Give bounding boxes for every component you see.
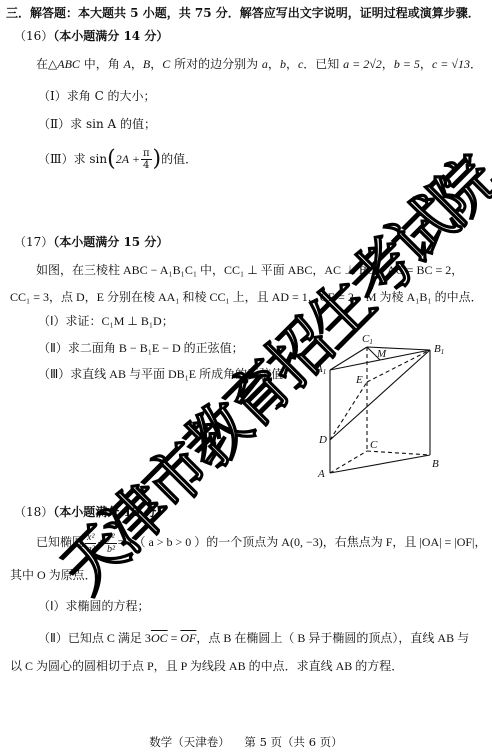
- label-c1: C1: [362, 333, 373, 346]
- problem-16-part-3: （Ⅲ）求 sin(2A +π4)的值．: [38, 146, 197, 173]
- vector-oc: OC: [151, 631, 168, 645]
- problem-18-part-2: （Ⅱ）已知点 C 满足 3OC = OF，点 B 在椭圆上（ B 异于椭圆的顶点…: [38, 630, 469, 646]
- footer-page: 第 5 页（共 6 页）: [244, 735, 342, 749]
- problem-number: （16）: [14, 29, 53, 43]
- fraction-y: y²b²: [105, 532, 116, 555]
- problem-score: （本小题满分 15 分）: [53, 505, 168, 519]
- problem-18-stem-line-2: 其中 O 为原点．: [10, 567, 97, 583]
- problem-16-header: （16）（本小题满分 14 分）: [14, 28, 168, 44]
- problem-16-part-1: （Ⅰ）求角 C 的大小；: [38, 88, 156, 104]
- problem-score: （本小题满分 15 分）: [53, 235, 168, 249]
- given-b: b = 5: [394, 57, 420, 71]
- problem-17-part-1: （Ⅰ）求证：C₁M ⊥ B₁D；: [38, 313, 174, 329]
- given-a: a = 2√2: [343, 57, 382, 71]
- problem-score: （本小题满分 14 分）: [53, 29, 168, 43]
- problem-17-part-3: （Ⅲ）求直线 AB 与平面 DB₁E 所成角的正弦值．: [38, 366, 295, 382]
- problem-16-part-2: （Ⅱ）求 sin A 的值；: [38, 116, 156, 132]
- problem-17-stem-line-1: 如图，在三棱柱 ABC − A₁B₁C₁ 中，CC₁ ⊥ 平面 ABC，AC ⊥…: [36, 262, 463, 278]
- problem-18-part-1: （Ⅰ）求椭圆的方程；: [38, 598, 150, 614]
- footer-subject: 数学（天津卷）: [149, 735, 230, 749]
- label-c: C: [370, 439, 378, 451]
- problem-18-stem-line-1: 已知椭圆x²a²+y²b²= 1（ a > b > 0 ）的一个顶点为 A(0,…: [36, 527, 486, 557]
- label-b1: B1: [434, 343, 444, 356]
- label-e: E: [355, 374, 363, 386]
- problem-17-stem-line-2: CC₁ = 3，点 D，E 分别在棱 AA₁ 和棱 CC₁ 上，且 AD = 1…: [10, 289, 483, 305]
- fraction: π4: [141, 148, 152, 171]
- page-footer: 数学（天津卷） 第 5 页（共 6 页）: [0, 734, 492, 750]
- label-b: B: [432, 458, 439, 470]
- problem-number: （17）: [14, 235, 53, 249]
- problem-number: （18）: [14, 505, 53, 519]
- label-d: D: [318, 434, 327, 446]
- problem-16-stem: 在△ABC 中，角 A，B，C 所对的边分别为 a，b，c．已知 a = 2√2…: [36, 56, 482, 72]
- given-c: c = √13: [432, 57, 470, 71]
- vector-of: OF: [180, 631, 196, 645]
- problem-18-header: （18）（本小题满分 15 分）: [14, 504, 168, 520]
- fraction-x: x²a²: [85, 532, 96, 555]
- problem-18-part-2-cont: 以 C 为圆心的圆相切于点 P，且 P 为线段 AB 的中点．求直线 AB 的方…: [10, 658, 403, 674]
- section-heading: 三．解答题：本大题共 5 小题，共 75 分．解答应写出文字说明，证明过程或演算…: [6, 5, 480, 21]
- label-m: M: [376, 348, 387, 360]
- problem-17-header: （17）（本小题满分 15 分）: [14, 234, 168, 250]
- label-a1: A1: [315, 363, 326, 376]
- label-a: A: [317, 468, 325, 480]
- triangular-prism-figure: C1 B1 A1 M E D C A B: [310, 325, 480, 480]
- problem-17-part-2: （Ⅱ）求二面角 B − B₁E − D 的正弦值；: [38, 340, 244, 356]
